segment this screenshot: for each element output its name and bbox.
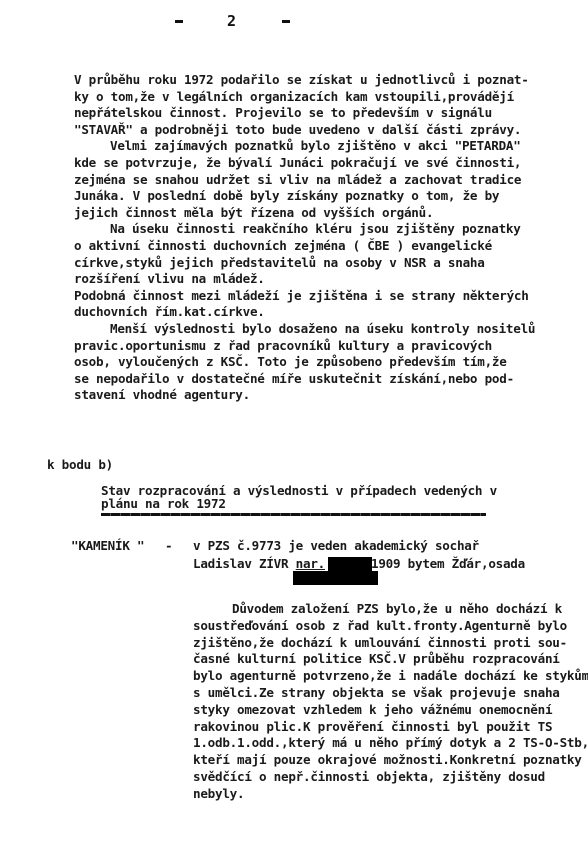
section-a-line: "STAVAŘ" a podrobněji toto bude uvedeno … — [74, 122, 521, 138]
case-body-line: svědčící o nepř.činnosti objekta, zjiště… — [193, 769, 545, 785]
section-a-line: ky o tom,že v legálních organizacích kam… — [74, 89, 514, 105]
section-b-label: k bodu b) — [47, 457, 113, 473]
section-a-line: nepřátelskou činnost. Projevilo se to př… — [74, 105, 492, 121]
redaction-bar-birthdate — [328, 557, 372, 571]
case-body-line: zjištěno,že dochází k umlouvání činnosti… — [193, 635, 567, 651]
case-body-line: 1.odb.1.odd.,který má u něho přímý dotyk… — [193, 735, 588, 751]
header-dash-left — [175, 20, 183, 23]
section-a-line: zejména se snahou udržet si vliv na mlád… — [74, 172, 521, 188]
case-body-line: styky omezovat vzhledem k jeho vážnému o… — [193, 702, 552, 718]
case-body-line: kteří mají pouze okrajové možnosti.Konkr… — [193, 752, 582, 768]
section-a-line: církve,styků jejich představitelů na oso… — [74, 255, 485, 271]
section-a-line: pravic.oportunismu z řad pracovníků kult… — [74, 338, 492, 354]
section-a-line: Na úseku činnosti reakčního kléru jsou z… — [110, 221, 521, 237]
case-body-line: bylo agenturně potvrzeno,že i nadále doc… — [193, 668, 588, 684]
section-a-line: duchovních řím.kat.církve. — [74, 304, 265, 320]
section-a-line: kde se potvrzuje, že bývalí Junáci pokra… — [74, 155, 521, 171]
case-dash: - — [165, 538, 172, 554]
section-a-line: stavení vhodné agentury. — [74, 387, 250, 403]
person-name: Ladislav ZÍVR — [193, 556, 296, 571]
case-body-line: časné kulturní politice KSČ.V průběhu ro… — [193, 651, 560, 667]
typewritten-page: 2 V průběhu roku 1972 podařilo se získat… — [0, 0, 588, 864]
case-body-line: nebyly. — [193, 786, 244, 802]
section-a-line: jejich činnost měla být řízena od vyššíc… — [74, 205, 433, 221]
case-body-line: rakovinou plic.K prověření činnosti byl … — [193, 719, 552, 735]
section-a-line: rozšíření vlivu na mládež. — [74, 271, 265, 287]
header-dash-right — [282, 20, 290, 23]
section-a-line: Podobná činnost mezi mládeží je zjištěna… — [74, 288, 529, 304]
birth-label: nar. — [296, 556, 325, 571]
section-a-line: Menší výslednosti bylo dosaženo na úseku… — [110, 321, 535, 337]
section-a-line: o aktivní činnosti duchovních zejména ( … — [74, 238, 492, 254]
section-a-line: Velmi zajímavých poznatků bylo zjištěno … — [110, 138, 521, 154]
redaction-bar-address — [293, 571, 378, 585]
case-body-line: soustřeďování osob z řad kult.fronty.Age… — [193, 618, 567, 634]
birth-year-residence: 1909 bytem Žďár,osada — [371, 556, 525, 571]
section-a-line: osob, vyloučených z KSČ. Toto je způsobe… — [74, 354, 507, 370]
case-body-line: Důvodem založení PZS bylo,že u něho doch… — [232, 601, 562, 617]
page-number: 2 — [227, 12, 236, 30]
case-codename: "KAMENÍK " — [71, 538, 144, 554]
section-a-line: V průběhu roku 1972 podařilo se získat u… — [74, 72, 529, 88]
case-body-line: s umělci.Ze strany objekta se však proje… — [193, 685, 560, 701]
case-line-1: v PZS č.9773 je veden akademický sochař — [193, 538, 479, 554]
heading-underline-rule — [101, 513, 486, 516]
section-a-line: Junáka. V poslední době byly získány poz… — [74, 188, 499, 204]
section-a-line: se nepodařilo v dostatečné míře uskutečn… — [74, 371, 514, 387]
section-b-heading-line-2: plánu na rok 1972 — [101, 496, 226, 512]
